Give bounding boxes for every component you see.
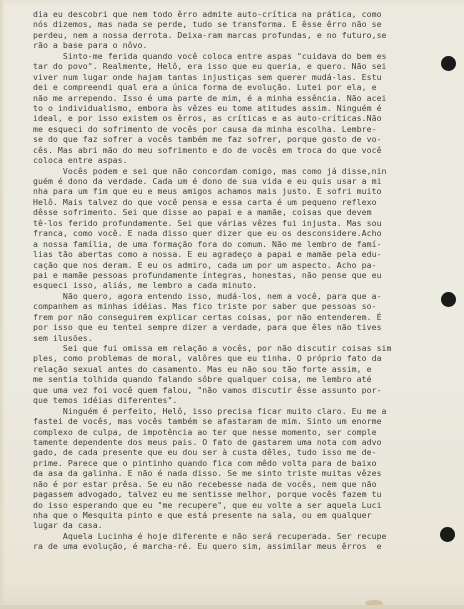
- text-line: prime. Parece que o pintinho quando fica…: [33, 458, 433, 468]
- text-line: a nossa família, de uma formação fora do…: [33, 239, 433, 249]
- text-line: dêsse sofrimento. Sei que disse ao papai…: [33, 207, 433, 217]
- text-line: se do que faz sofrer a vocês também me f…: [33, 134, 433, 144]
- punch-hole-middle: [441, 292, 456, 307]
- text-line: não me arrependo. Isso é uma parte de mi…: [33, 93, 433, 103]
- text-line: nha para um fim que eu e meus amigos ach…: [33, 186, 433, 196]
- text-line: ra de uma evolução, é marcha-ré. Eu quer…: [33, 541, 433, 551]
- text-line: da asa da galinha. E não é nada disso. S…: [33, 468, 433, 478]
- text-line: sem ilusões.: [33, 333, 433, 343]
- text-line: cação que nos deram. E eu os admiro, cad…: [33, 260, 433, 270]
- text-line: Ninguém é perfeito, Helô, isso precisa f…: [33, 406, 433, 416]
- text-line: franca, como você. E nada disso quer diz…: [33, 228, 433, 238]
- text-line: por isso que eu tentei sempre dizer a ve…: [33, 322, 433, 332]
- typewritten-text: dia eu descobri que nem todo êrro admite…: [33, 9, 433, 552]
- text-line: Sei que fui omissa em relação a vocês, p…: [33, 343, 433, 353]
- document-page: dia eu descobri que nem todo êrro admite…: [0, 0, 464, 609]
- text-line: nós dizemos, mas nada se perde, tudo se …: [33, 19, 433, 29]
- text-line: Não quero, agora entendo isso, mudá-los,…: [33, 291, 433, 301]
- text-line: cês. Mas abri mão do meu sofrimento e do…: [33, 145, 433, 155]
- text-line: Vocês podem e sei que não concordam comi…: [33, 166, 433, 176]
- text-line: guém é dono da verdade. Cada um é dono d…: [33, 176, 433, 186]
- text-line: lias tão abertas como a nossa. E eu agra…: [33, 249, 433, 259]
- text-line: dia eu descobri que nem todo êrro admite…: [33, 9, 433, 19]
- text-line: dei e compreendi qual era a única forma …: [33, 82, 433, 92]
- text-line: tar do povo". Realmente, Helô, era isso …: [33, 61, 433, 71]
- text-line: ples, como problemas de moral, valôres q…: [33, 353, 433, 363]
- text-line: tê-los ferido profundamente. Sei que vár…: [33, 218, 433, 228]
- text-line: nha que o Mesquita pinto e que está pres…: [33, 510, 433, 520]
- text-line: complexo de culpa, de impotência ao ter …: [33, 427, 433, 437]
- text-line: me esqueci do sofrimento de vocês por ca…: [33, 124, 433, 134]
- text-line: Sinto-me ferida quando você coloca entre…: [33, 51, 433, 61]
- text-line: que temos idéias diferentes".: [33, 395, 433, 405]
- text-line: Helô. Mais talvez do que você pensa e es…: [33, 197, 433, 207]
- text-line: companhem as minhas idéias. Mas fico tri…: [33, 301, 433, 311]
- text-line: pagassem advogado, talvez eu me sentisse…: [33, 489, 433, 499]
- text-line: fastei de vocês, mas vocês também se afa…: [33, 416, 433, 426]
- text-line: coloca entre aspas.: [33, 155, 433, 165]
- text-line: frem por não conseguirem explicar certas…: [33, 312, 433, 322]
- text-line: não é por estar prêsa. Se eu não recebes…: [33, 479, 433, 489]
- text-line: ideal, e por isso existem os êrros, as c…: [33, 113, 433, 123]
- text-line: que uma vez foi você quem falou, "não va…: [33, 385, 433, 395]
- text-line: Aquela Lucinha é hoje diferente e não se…: [33, 531, 433, 541]
- text-line: do isso esperando que eu "me recupere", …: [33, 500, 433, 510]
- text-line: lugar da casa.: [33, 520, 433, 530]
- text-line: to o individualismo, embora às vêzes eu …: [33, 103, 433, 113]
- text-line: relação sexual antes do casamento. Mas e…: [33, 364, 433, 374]
- text-line: esqueci isso, aliás, me lembro a cada mi…: [33, 280, 433, 290]
- punch-hole-bottom: [440, 527, 455, 542]
- punch-hole-top: [441, 56, 456, 71]
- text-line: rão a base para o nôvo.: [33, 40, 433, 50]
- text-line: tamente dependente dos meus pais. O fato…: [33, 437, 433, 447]
- paper-stain: [365, 600, 383, 606]
- text-line: pai e mamãe pessoas profundamente íntegr…: [33, 270, 433, 280]
- text-line: viver num lugar onde hajam tantas injust…: [33, 72, 433, 82]
- text-line: perdeu, nem a nossa derrota. Deixa-ram m…: [33, 30, 433, 40]
- text-line: gado, de cada presente que eu dou ser à …: [33, 447, 433, 457]
- text-line: me sentia tolhida quando falando sôbre q…: [33, 374, 433, 384]
